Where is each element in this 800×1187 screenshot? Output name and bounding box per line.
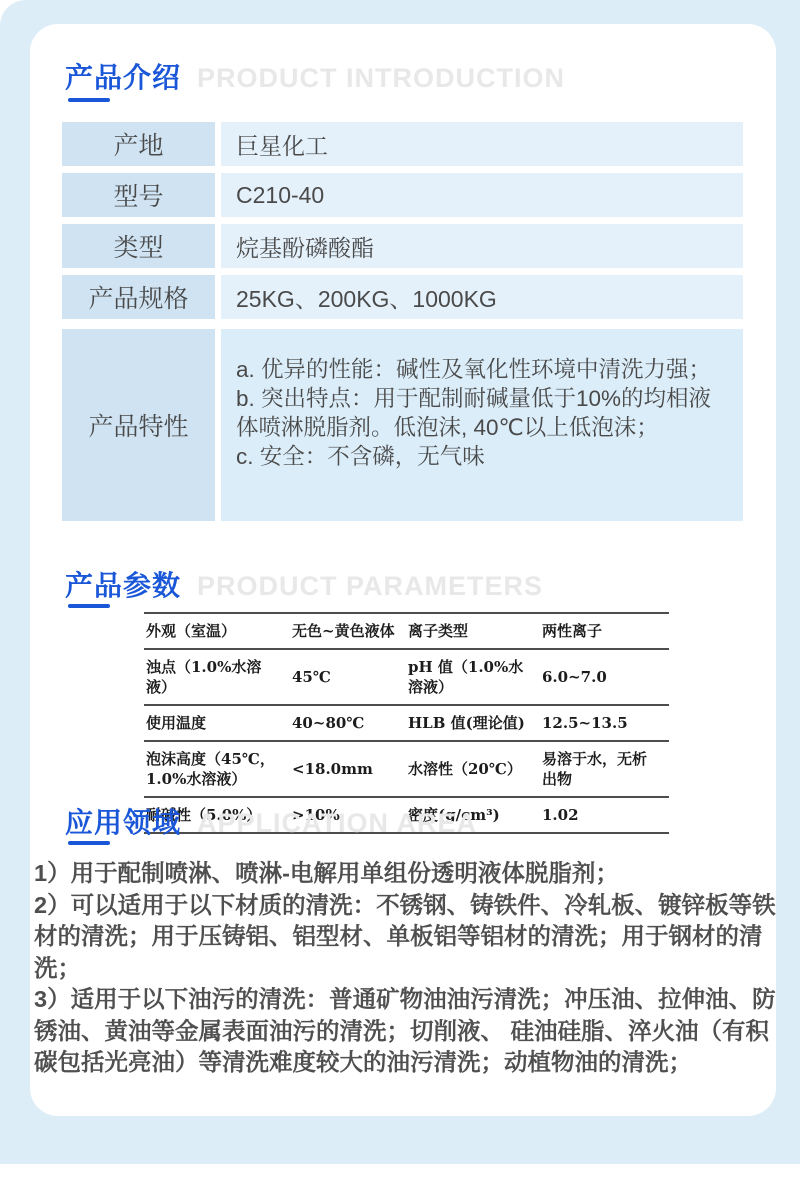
- param-value: 6.0~7.0: [540, 649, 669, 705]
- product-detail-page: 产品介绍 PRODUCT INTRODUCTION 产地 巨星化工 型号 C21…: [0, 0, 800, 1187]
- table-row: 产品规格 25KG、200KG、1000KG: [62, 275, 743, 319]
- param-value: 易溶于水，无析出物: [540, 741, 669, 797]
- application-title-watermark: APPLICATION AREA: [197, 808, 477, 839]
- param-value: 45℃: [290, 649, 406, 705]
- table-row: 外观（室温） 无色~黄色液体 离子类型 两性离子: [144, 613, 669, 649]
- feature-line-a: a. 优异的性能：碱性及氧化性环境中清洗力强；: [236, 355, 733, 384]
- intro-title-underline: [68, 98, 110, 102]
- row-label-type: 类型: [62, 224, 215, 268]
- param-name: 泡沫高度（45℃，1.0%水溶液）: [144, 741, 290, 797]
- row-label-origin: 产地: [62, 122, 215, 166]
- intro-title-watermark: PRODUCT INTRODUCTION: [197, 63, 565, 94]
- row-value-features: a. 优异的性能：碱性及氧化性环境中清洗力强； b. 突出特点：用于配制耐碱量低…: [221, 329, 743, 521]
- application-text: 1）用于配制喷淋、喷淋-电解用单组份透明液体脱脂剂； 2）可以适用于以下材质的清…: [34, 858, 776, 1079]
- params-section-header: 产品参数 PRODUCT PARAMETERS: [65, 564, 543, 604]
- intro-section-header: 产品介绍 PRODUCT INTRODUCTION: [65, 56, 565, 96]
- table-row: 产品特性 a. 优异的性能：碱性及氧化性环境中清洗力强； b. 突出特点：用于配…: [62, 329, 743, 521]
- param-value: 1.02: [540, 797, 669, 833]
- param-name: HLB 值(理论值): [406, 705, 540, 741]
- application-title-underline: [68, 841, 110, 845]
- row-label-model: 型号: [62, 173, 215, 217]
- row-value-model: C210-40: [221, 173, 743, 217]
- table-row: 产地 巨星化工: [62, 122, 743, 166]
- table-row: 型号 C210-40: [62, 173, 743, 217]
- row-label-spec: 产品规格: [62, 275, 215, 319]
- application-item-3: 3）适用于以下油污的清洗：普通矿物油油污清洗；冲压油、拉伸油、防锈油、黄油等金属…: [34, 984, 776, 1079]
- params-title-watermark: PRODUCT PARAMETERS: [197, 571, 543, 602]
- param-name: 外观（室温）: [144, 613, 290, 649]
- application-title: 应用领域: [65, 801, 181, 841]
- application-item-1: 1）用于配制喷淋、喷淋-电解用单组份透明液体脱脂剂；: [34, 858, 776, 890]
- feature-line-b: b. 突出特点：用于配制耐碱量低于10%的均相液体喷淋脱脂剂。低泡沫, 40℃以…: [236, 384, 733, 442]
- feature-line-c: c. 安全：不含磷，无气味: [236, 442, 733, 471]
- param-value: 无色~黄色液体: [290, 613, 406, 649]
- application-section-header: 应用领域 APPLICATION AREA: [65, 801, 477, 841]
- row-value-type: 烷基酚磷酸酯: [221, 224, 743, 268]
- row-label-features: 产品特性: [62, 329, 215, 521]
- intro-title: 产品介绍: [65, 56, 181, 96]
- param-value: <18.0mm: [290, 741, 406, 797]
- param-value: 40~80℃: [290, 705, 406, 741]
- table-row: 浊点（1.0%水溶液） 45℃ pH 值（1.0%水溶液） 6.0~7.0: [144, 649, 669, 705]
- param-name: 水溶性（20℃）: [406, 741, 540, 797]
- param-name: 浊点（1.0%水溶液）: [144, 649, 290, 705]
- param-value: 12.5~13.5: [540, 705, 669, 741]
- table-row: 类型 烷基酚磷酸酯: [62, 224, 743, 268]
- application-item-2: 2）可以适用于以下材质的清洗：不锈钢、铸铁件、冷轧板、镀锌板等铁材的清洗；用于压…: [34, 890, 776, 985]
- table-row: 使用温度 40~80℃ HLB 值(理论值) 12.5~13.5: [144, 705, 669, 741]
- row-value-spec: 25KG、200KG、1000KG: [221, 275, 743, 319]
- row-value-origin: 巨星化工: [221, 122, 743, 166]
- table-row: 泡沫高度（45℃，1.0%水溶液） <18.0mm 水溶性（20℃） 易溶于水，…: [144, 741, 669, 797]
- content-card: 产品介绍 PRODUCT INTRODUCTION 产地 巨星化工 型号 C21…: [30, 24, 776, 1116]
- param-value: 两性离子: [540, 613, 669, 649]
- params-title-underline: [68, 604, 110, 608]
- intro-table: 产地 巨星化工 型号 C210-40 类型 烷基酚磷酸酯 产品规格 25KG、2…: [62, 122, 743, 521]
- param-name: 离子类型: [406, 613, 540, 649]
- param-name: 使用温度: [144, 705, 290, 741]
- param-name: pH 值（1.0%水溶液）: [406, 649, 540, 705]
- params-title: 产品参数: [65, 564, 181, 604]
